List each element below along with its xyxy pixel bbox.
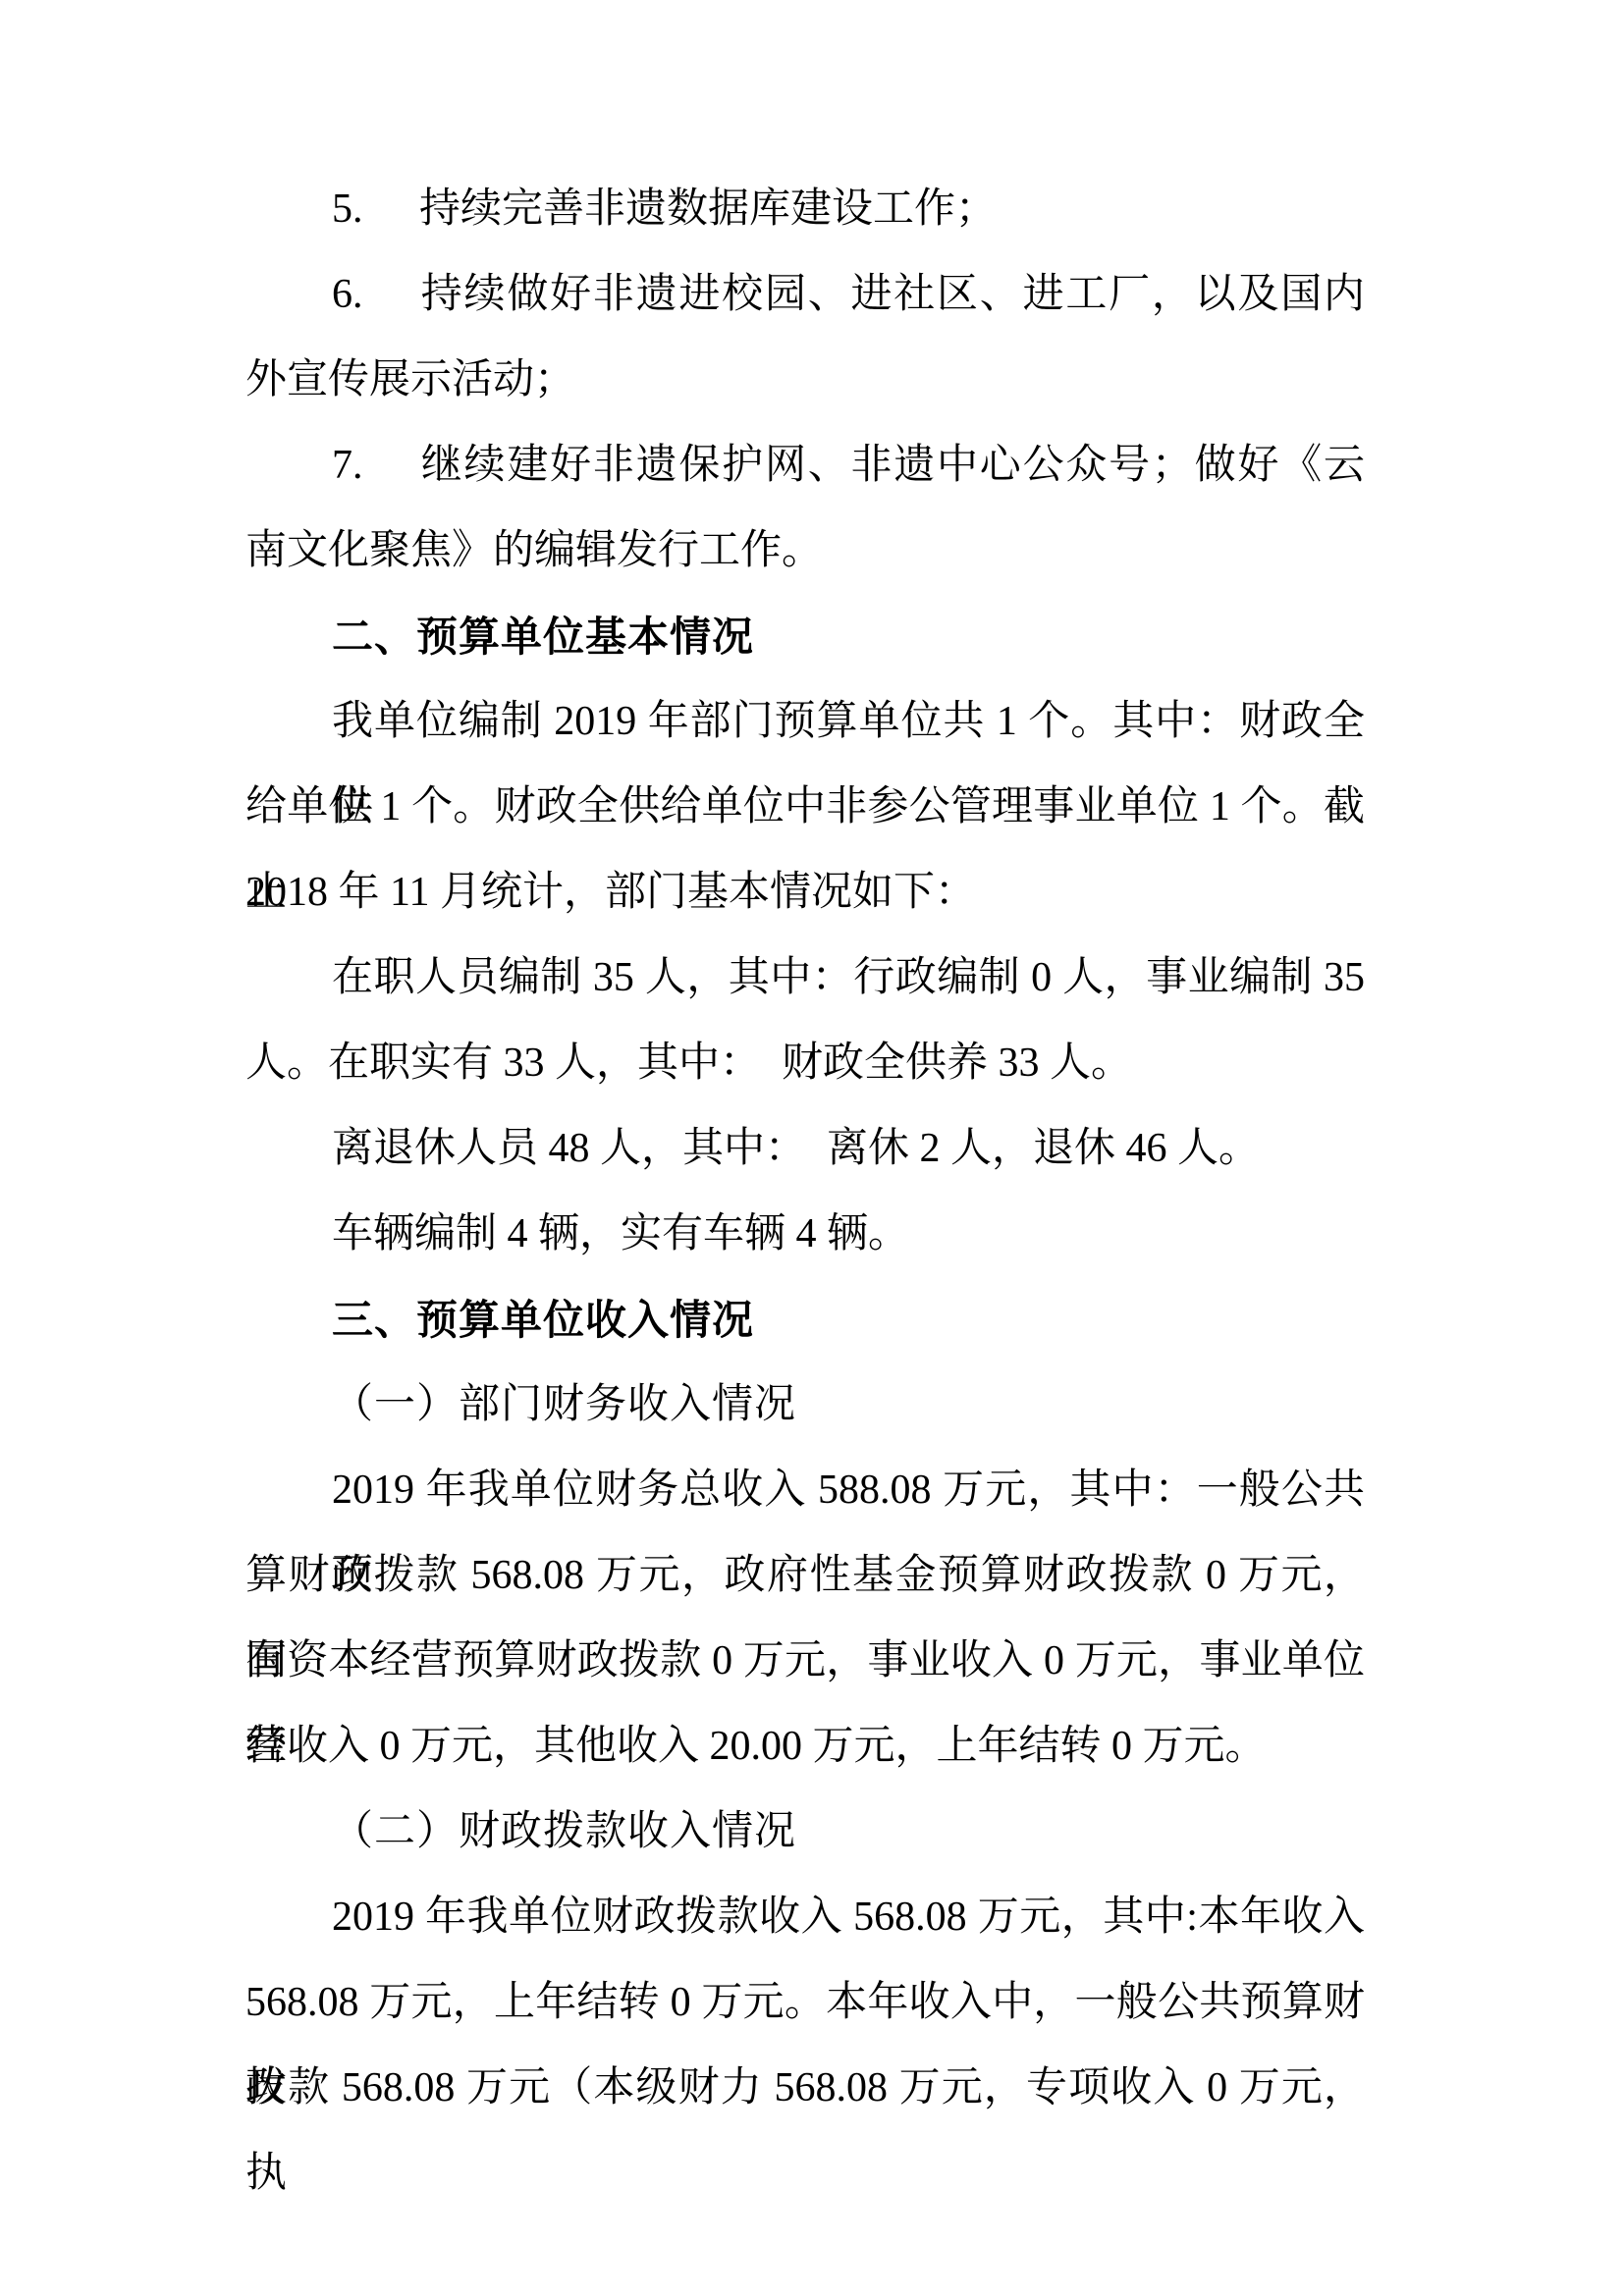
list-item-line: 5.持续完善非遗数据库建设工作；: [245, 167, 1365, 252]
line-text: 人。在职实有 33 人，其中： 财政全供养 33 人。: [245, 1041, 1132, 1086]
body-line: 离退休人员 48 人，其中： 离休 2 人，退休 46 人。: [245, 1106, 1365, 1192]
list-number: 7.: [332, 423, 419, 508]
line-text: 继续建好非遗保护网、非遗中心公众号；做好《云: [419, 443, 1365, 488]
body-line: 在职人员编制 35 人，其中：行政编制 0 人，事业编制 35: [245, 935, 1365, 1021]
body-line: 算财政拨款 568.08 万元，政府性基金预算财政拨款 0 万元，国: [245, 1533, 1365, 1619]
line-text: 拨款 568.08 万元（本级财力 568.08 万元，专项收入 0 万元，执: [245, 2065, 1365, 2196]
body-line: 营收入 0 万元，其他收入 20.00 万元，上年结转 0 万元。: [245, 1704, 1365, 1789]
body-line: 有资本经营预算财政拨款 0 万元，事业收入 0 万元，事业单位经: [245, 1619, 1365, 1704]
line-text: 车辆编制 4 辆，实有车辆 4 辆。: [332, 1211, 909, 1256]
section-heading: 二、预算单位基本情况: [245, 594, 1365, 679]
line-text: 南文化聚焦》的编辑发行工作。: [245, 528, 823, 573]
line-text: 二、预算单位基本情况: [332, 614, 754, 660]
body-line: 2019 年我单位财政拨款收入 568.08 万元，其中:本年收入: [245, 1875, 1365, 1960]
list-number: 5.: [332, 167, 419, 252]
body-line: 2019 年我单位财务总收入 588.08 万元，其中：一般公共预: [245, 1448, 1365, 1533]
body-line: 568.08 万元，上年结转 0 万元。本年收入中，一般公共预算财政: [245, 1960, 1365, 2046]
line-text: 三、预算单位收入情况: [332, 1297, 754, 1343]
list-number: 6.: [332, 252, 419, 338]
document-body: 5.持续完善非遗数据库建设工作；6.持续做好非遗进校园、进社区、进工厂，以及国内…: [245, 167, 1365, 2131]
body-line: 给单位 1 个。财政全供给单位中非参公管理事业单位 1 个。截止: [245, 765, 1365, 850]
list-item-line: 7.继续建好非遗保护网、非遗中心公众号；做好《云: [245, 423, 1365, 508]
section-heading: 三、预算单位收入情况: [245, 1277, 1365, 1362]
line-text: 营收入 0 万元，其他收入 20.00 万元，上年结转 0 万元。: [245, 1724, 1267, 1769]
line-text: 持续完善非遗数据库建设工作；: [419, 187, 997, 232]
body-line: 车辆编制 4 辆，实有车辆 4 辆。: [245, 1192, 1365, 1277]
line-text: （二）财政拨款收入情况: [332, 1809, 796, 1854]
line-text: 2019 年我单位财政拨款收入 568.08 万元，其中:本年收入: [332, 1895, 1365, 1940]
body-line: 外宣传展示活动；: [245, 338, 1365, 423]
body-line: 南文化聚焦》的编辑发行工作。: [245, 508, 1365, 594]
line-text: 2018 年 11 月统计，部门基本情况如下：: [245, 870, 976, 915]
body-line: 拨款 568.08 万元（本级财力 568.08 万元，专项收入 0 万元，执: [245, 2046, 1365, 2131]
line-text: 持续做好非遗进校园、进社区、进工厂，以及国内: [419, 272, 1365, 317]
line-text: 外宣传展示活动；: [245, 357, 575, 402]
line-text: 在职人员编制 35 人，其中：行政编制 0 人，事业编制 35: [332, 955, 1365, 1000]
sub-section-heading: （二）财政拨款收入情况: [245, 1789, 1365, 1875]
sub-section-heading: （一）部门财务收入情况: [245, 1362, 1365, 1448]
line-text: （一）部门财务收入情况: [332, 1382, 796, 1427]
list-item-line: 6.持续做好非遗进校园、进社区、进工厂，以及国内: [245, 252, 1365, 338]
document-page: 5.持续完善非遗数据库建设工作；6.持续做好非遗进校园、进社区、进工厂，以及国内…: [0, 0, 1624, 2296]
line-text: 离退休人员 48 人，其中： 离休 2 人，退休 46 人。: [332, 1126, 1260, 1171]
body-line: 我单位编制 2019 年部门预算单位共 1 个。其中：财政全供: [245, 679, 1365, 765]
body-line: 人。在职实有 33 人，其中： 财政全供养 33 人。: [245, 1021, 1365, 1106]
body-line: 2018 年 11 月统计，部门基本情况如下：: [245, 850, 1365, 935]
